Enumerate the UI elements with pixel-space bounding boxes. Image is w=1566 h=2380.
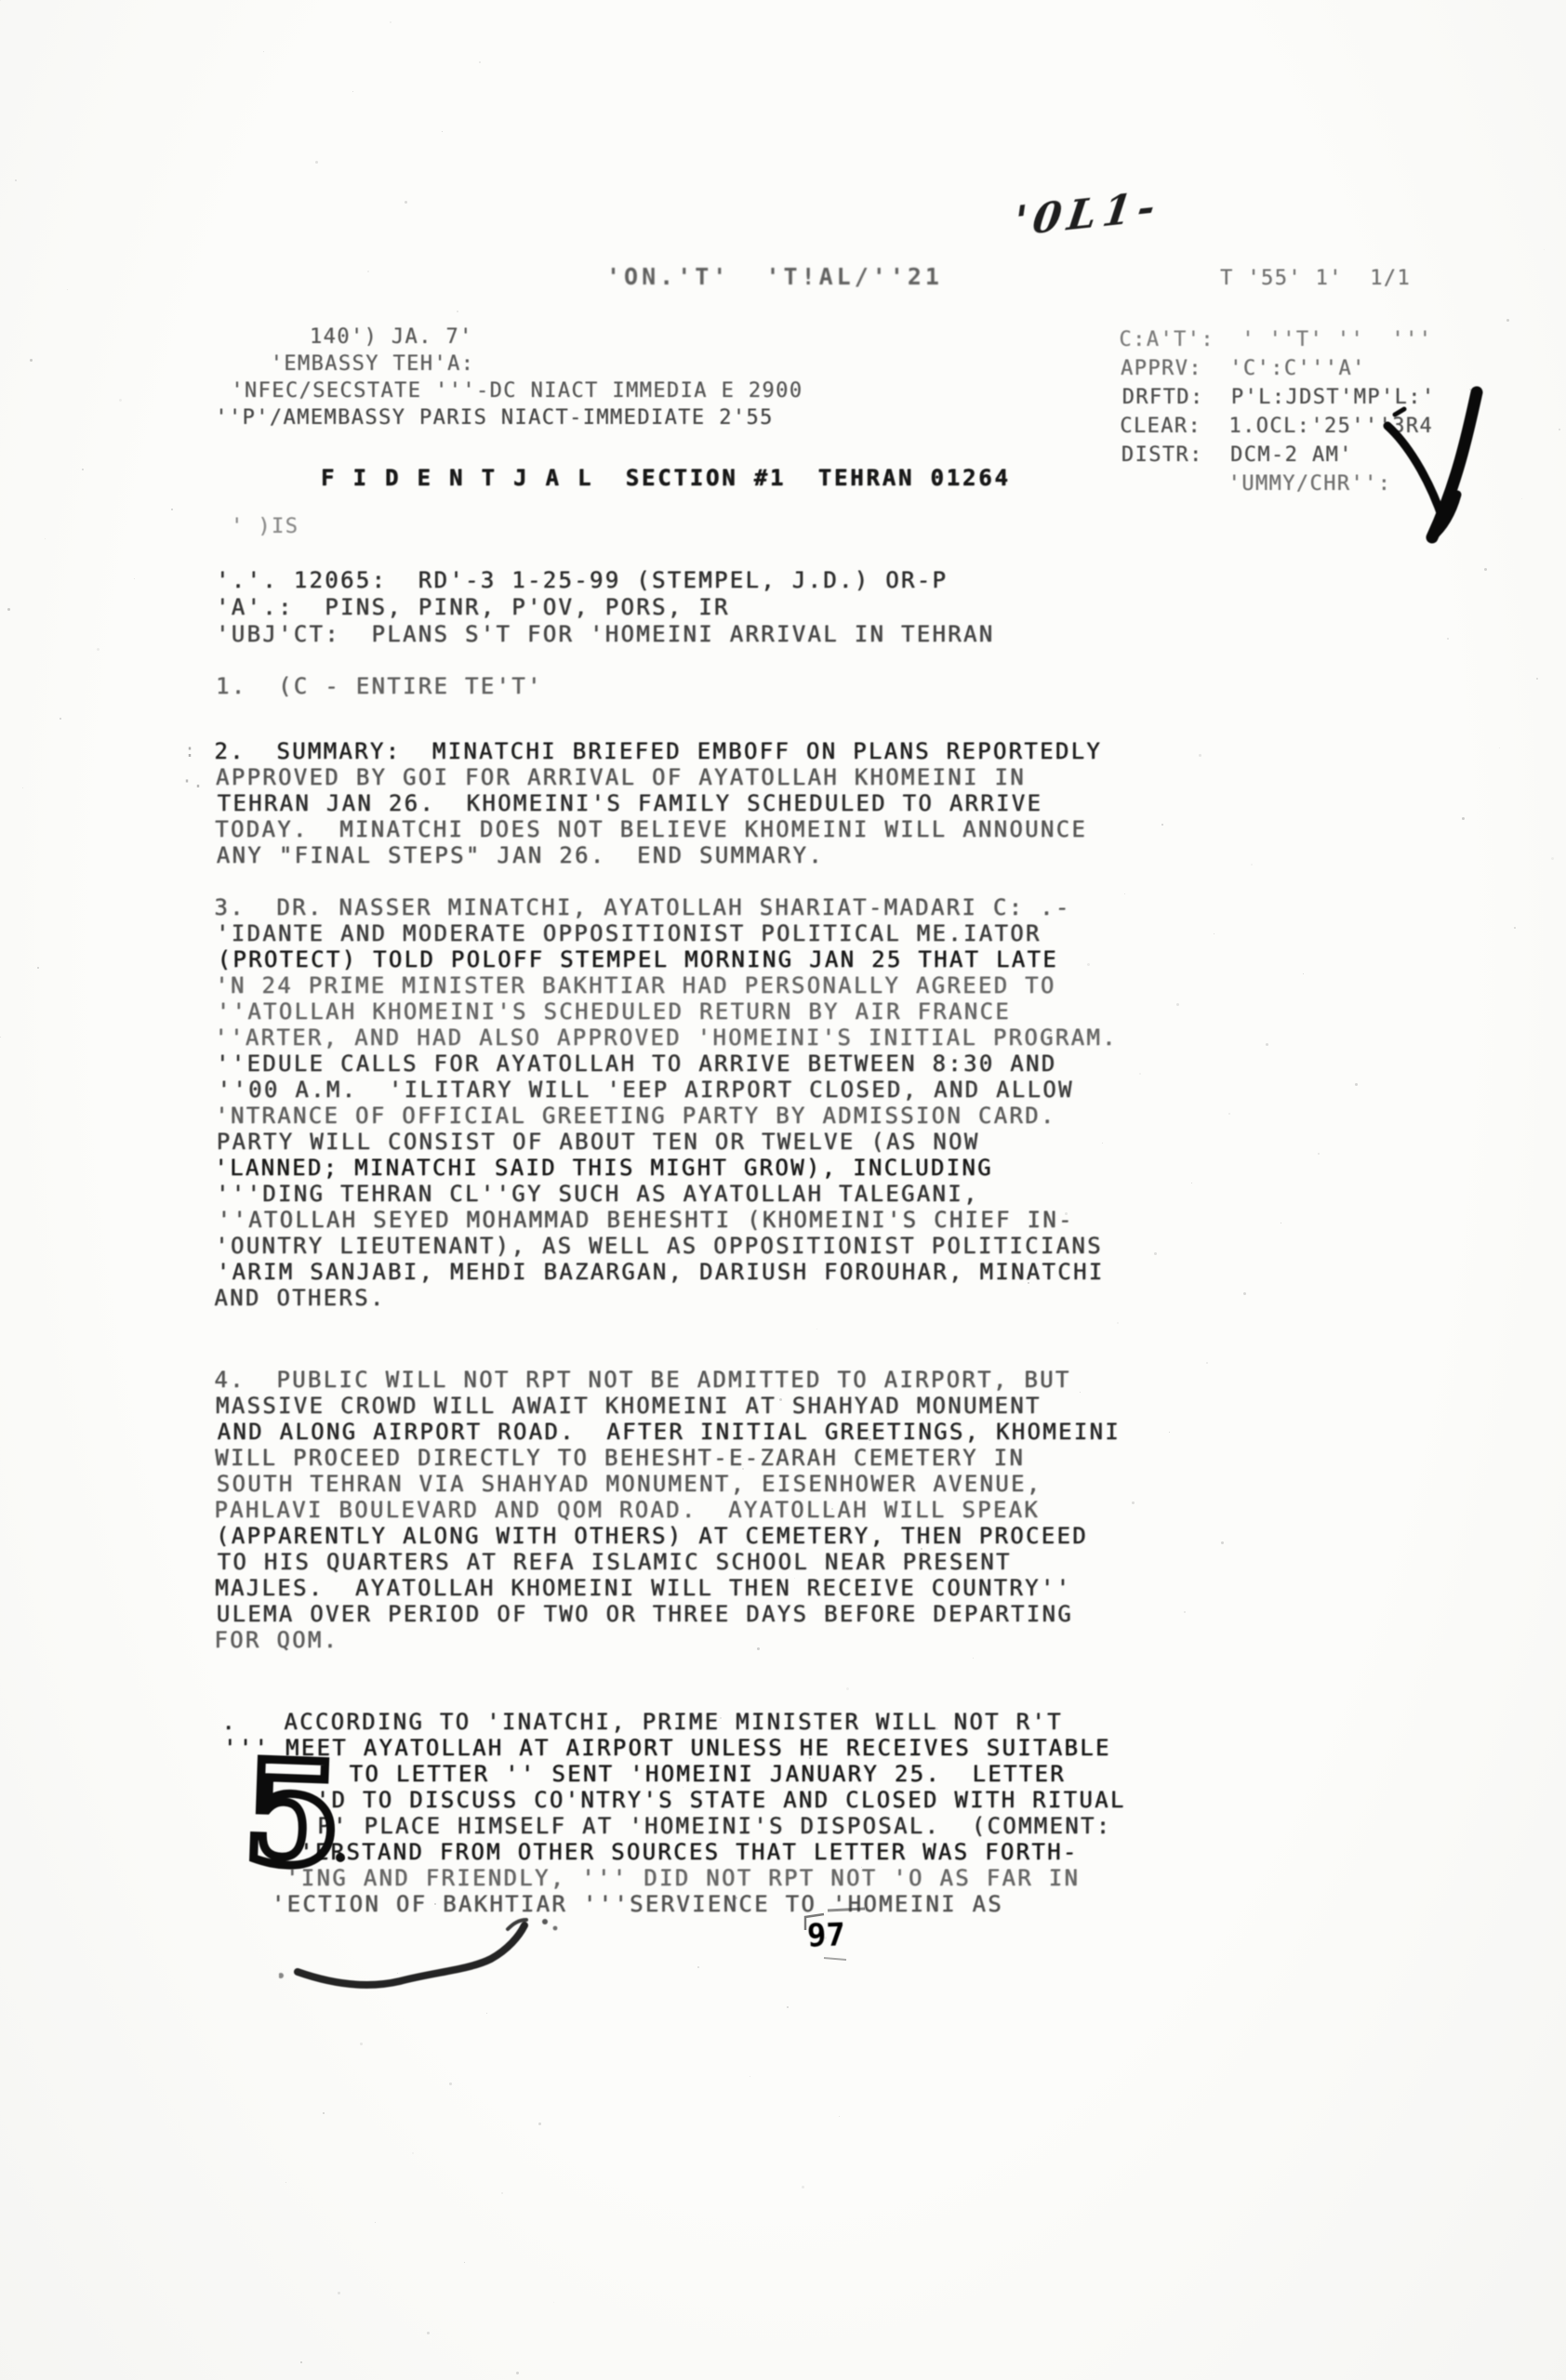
- scan-speck: [338, 2292, 340, 2294]
- scan-speck: [1551, 857, 1554, 860]
- scan-speck: [1228, 1113, 1230, 1115]
- scan-speck: [1506, 319, 1509, 322]
- classification-stamp: 'ON.'T' 'T!AL/''21: [606, 263, 943, 290]
- margin-mark: :: [184, 739, 195, 761]
- scan-speck: [1169, 1432, 1170, 1433]
- document-line: MAJLES. AYATOLLAH KHOMEINI WILL THEN REC…: [215, 1575, 1118, 1601]
- scan-speck: [553, 2302, 554, 2303]
- scan-speck: [134, 578, 135, 579]
- document-line: ''ATOLLAH KHOMEINI'S SCHEDULED RETURN BY…: [217, 998, 1120, 1025]
- document-line: (PROTECT) TOLD POLOFF STEMPEL MORNING JA…: [218, 946, 1121, 972]
- document-line: 3. DR. NASSER MINATCHI, AYATOLLAH SHARIA…: [214, 894, 1117, 920]
- document-line: ''P'/AMEMBASSY PARIS NIACT-IMMEDIATE 2'5…: [215, 404, 801, 431]
- scan-speck: [442, 131, 443, 132]
- stamp-five-glyph: 5: [241, 1731, 345, 1894]
- scan-speck: [1184, 1611, 1186, 1613]
- scan-speck: [1221, 1541, 1224, 1544]
- scan-speck: [973, 1658, 974, 1659]
- scan-speck: [315, 161, 318, 164]
- document-line: ''ARTER, AND HAD ALSO APPROVED 'HOMEINI'…: [214, 1025, 1117, 1051]
- document-line: C:A'T': ' ''T' '' ''': [1119, 325, 1432, 354]
- document-line: 140') JA. 7': [214, 324, 800, 350]
- scan-speck: [1303, 973, 1304, 974]
- scan-speck: [67, 289, 68, 290]
- scan-speck: [1176, 1003, 1179, 1006]
- document-line: AND OTHERS.: [214, 1285, 1117, 1311]
- paragraph-2: 2. SUMMARY: MINATCHI BRIEFED EMBOFF ON P…: [216, 738, 1104, 868]
- document-line: 'NTRANCE OF OFFICIAL GREETING PARTY BY A…: [215, 1103, 1118, 1129]
- scan-speck: [1462, 817, 1465, 820]
- scanned-document-page: '0L1- 'ON.'T' 'T!AL/''21 T '55' 1' 1/1 1…: [0, 0, 1566, 2380]
- scan-speck: [464, 2262, 465, 2263]
- scan-speck: [802, 2186, 804, 2188]
- scan-speck: [171, 509, 173, 510]
- pen-scribble-mark: [1367, 381, 1553, 567]
- scan-speck: [37, 967, 39, 969]
- scan-speck: [1243, 1292, 1246, 1295]
- scan-speck: [323, 2112, 325, 2114]
- scan-speck: [0, 0, 1, 1]
- document-line: ''EDULE CALLS FOR AYATOLLAH TO ARRIVE BE…: [216, 1051, 1119, 1077]
- scan-speck: [1266, 1043, 1268, 1046]
- document-line: 'LANNED; MINATCHI SAID THIS MIGHT GROW),…: [214, 1155, 1117, 1181]
- scan-speck: [1355, 1083, 1358, 1086]
- document-line: MASSIVE CROWD WILL AWAIT KHOMEINI AT SHA…: [216, 1393, 1119, 1419]
- document-line: 'OUNTRY LIEUTENANT), AS WELL AS OPPOSITI…: [215, 1233, 1118, 1259]
- document-line: 'N 24 PRIME MINISTER BAKHTIAR HAD PERSON…: [215, 972, 1118, 998]
- scan-speck: [516, 2372, 519, 2374]
- scan-speck: [97, 648, 100, 651]
- paragraph-4: 4. PUBLIC WILL NOT RPT NOT BE ADMITTED T…: [216, 1367, 1119, 1653]
- document-line: ANY "FINAL STEPS" JAN 26. END SUMMARY.: [217, 842, 1105, 868]
- scan-speck: [1139, 1073, 1141, 1075]
- eo-line: '.'. 12065: RD'-3 1-25-99 (STEMPEL, J.D.…: [216, 567, 948, 593]
- scan-speck: [1132, 1501, 1135, 1504]
- scan-speck: [1514, 927, 1516, 929]
- scan-speck: [1318, 1153, 1320, 1155]
- document-line: 'EMBASSY TEH'A:: [216, 350, 802, 377]
- document-line: ULEMA OVER PERIOD OF TWO OR THREE DAYS B…: [217, 1601, 1120, 1627]
- scan-speck: [1154, 1252, 1157, 1255]
- scan-speck: [22, 787, 23, 788]
- scan-speck: [1281, 1223, 1281, 1223]
- document-line: AND ALONG AIRPORT ROAD. AFTER INITIAL GR…: [218, 1419, 1121, 1445]
- scan-speck: [45, 538, 46, 539]
- document-line: APPROVED BY GOI FOR ARRIVAL OF AYATOLLAH…: [216, 764, 1104, 790]
- ink-squiggle-mark: [279, 1911, 595, 2003]
- scan-speck: [30, 359, 33, 362]
- scan-speck: [360, 2043, 363, 2045]
- scan-speck: [1544, 249, 1545, 250]
- document-line: 'NFEC/SECSTATE '''-DC NIACT IMMEDIA E 29…: [218, 377, 803, 404]
- scan-speck: [263, 51, 264, 52]
- scan-speck: [449, 2082, 452, 2085]
- scan-speck: [1484, 568, 1487, 571]
- page-number: 97: [806, 1916, 845, 1954]
- scan-speck: [1536, 678, 1538, 680]
- doc-reference: T '55' 1' 1/1: [1220, 265, 1411, 292]
- page-five-stamp: 5: [232, 1731, 363, 1894]
- scan-speck: [412, 2152, 414, 2154]
- origin-block: 140') JA. 7' 'EMBASSY TEH'A: 'NFEC/SECST…: [216, 324, 802, 431]
- scan-speck: [15, 179, 17, 181]
- document-line: PARTY WILL CONSIST OF ABOUT TEN OR TWELV…: [217, 1129, 1120, 1155]
- document-line: WILL PROCEED DIRECTLY TO BEHESHT-E-ZARAH…: [215, 1445, 1118, 1471]
- scan-speck: [846, 1687, 849, 1690]
- scan-speck: [486, 2013, 487, 2014]
- document-line: '''DING TEHRAN CL''GY SUCH AS AYATOLLAH …: [216, 1181, 1119, 1207]
- document-line: 2. SUMMARY: MINATCHI BRIEFED EMBOFF ON P…: [214, 738, 1102, 764]
- document-line: ''00 A.M. 'ILITARY WILL 'EEP AIRPORT CLO…: [218, 1077, 1121, 1103]
- document-line: TODAY. MINATCHI DOES NOT BELIEVE KHOMEIN…: [215, 816, 1103, 842]
- scan-speck: [457, 311, 458, 312]
- scan-speck: [787, 2006, 789, 2008]
- document-line: TO HIS QUARTERS AT REFA ISLAMIC SCHOOL N…: [218, 1549, 1121, 1575]
- scan-speck: [839, 2116, 840, 2117]
- scan-speck: [1117, 1322, 1119, 1324]
- scan-speck: [697, 1966, 699, 1968]
- document-line: ''ATOLLAH SEYED MOHAMMAD BEHESHTI (KHOME…: [218, 1207, 1121, 1233]
- scan-speck: [816, 1329, 817, 1329]
- document-line: FOR QOM.: [214, 1627, 1117, 1653]
- scan-speck: [405, 201, 407, 204]
- margin-mark: ·.: [181, 770, 204, 792]
- scan-speck: [538, 2122, 541, 2125]
- scan-speck: [1191, 1183, 1192, 1183]
- scan-speck: [1161, 824, 1163, 826]
- document-line: (APPARENTLY ALONG WITH OTHERS) AT CEMETE…: [216, 1523, 1119, 1549]
- document-line: TEHRAN JAN 26. KHOMEINI'S FAMILY SCHEDUL…: [218, 790, 1106, 816]
- scan-speck: [1251, 864, 1253, 866]
- scan-speck: [1559, 429, 1560, 430]
- scan-speck: [0, 1037, 1, 1038]
- tags-line: 'A'.: PINS, PINR, P'OV, PORS, IR: [216, 594, 730, 620]
- scan-speck: [390, 21, 391, 23]
- ops-mark: ' )IS: [231, 513, 299, 540]
- document-line: 'IDANTE AND MODERATE OPPOSITIONIST POLIT…: [216, 920, 1119, 946]
- scan-speck: [352, 91, 353, 92]
- scan-speck: [501, 2192, 503, 2194]
- document-line: 'ARIM SANJABI, MEHDI BAZARGAN, DARIUSH F…: [217, 1259, 1120, 1285]
- scan-speck: [82, 469, 84, 470]
- scan-speck: [119, 399, 122, 402]
- scan-speck: [1499, 747, 1500, 748]
- scan-speck: [1199, 754, 1201, 757]
- document-line: APPRV: 'C':C'''A': [1121, 354, 1434, 383]
- subject-line: 'UBJ'CT: PLANS S'T FOR 'HOMEINI ARRIVAL …: [216, 621, 994, 647]
- scan-speck: [7, 608, 10, 611]
- classification-line: F I D E N T J A L SECTION #1 TEHRAN 0126…: [321, 465, 1011, 491]
- scan-speck: [300, 2361, 302, 2363]
- scan-speck: [285, 2182, 286, 2183]
- scan-speck: [375, 2222, 376, 2223]
- scan-speck: [750, 2076, 750, 2077]
- paragraph-3: 3. DR. NASSER MINATCHI, AYATOLLAH SHARIA…: [216, 894, 1119, 1311]
- document-line: SOUTH TEHRAN VIA SHAHYAD MONUMENT, EISEN…: [217, 1471, 1120, 1497]
- scan-speck: [1447, 638, 1449, 640]
- paragraph-1: 1. (C - ENTIRE TE'T': [216, 673, 543, 699]
- scan-speck: [479, 61, 481, 63]
- handwritten-annotation: '0L1-: [1011, 182, 1164, 246]
- scan-speck: [60, 718, 61, 720]
- scan-speck: [1124, 893, 1125, 894]
- document-line: 4. PUBLIC WILL NOT RPT NOT BE ADMITTED T…: [214, 1367, 1117, 1393]
- document-line: PAHLAVI BOULEVARD AND QOM ROAD. AYATOLLA…: [214, 1497, 1117, 1523]
- scan-speck: [427, 2332, 430, 2334]
- scan-speck: [1214, 933, 1214, 934]
- scan-speck: [1206, 1362, 1208, 1364]
- scan-speck: [367, 271, 369, 272]
